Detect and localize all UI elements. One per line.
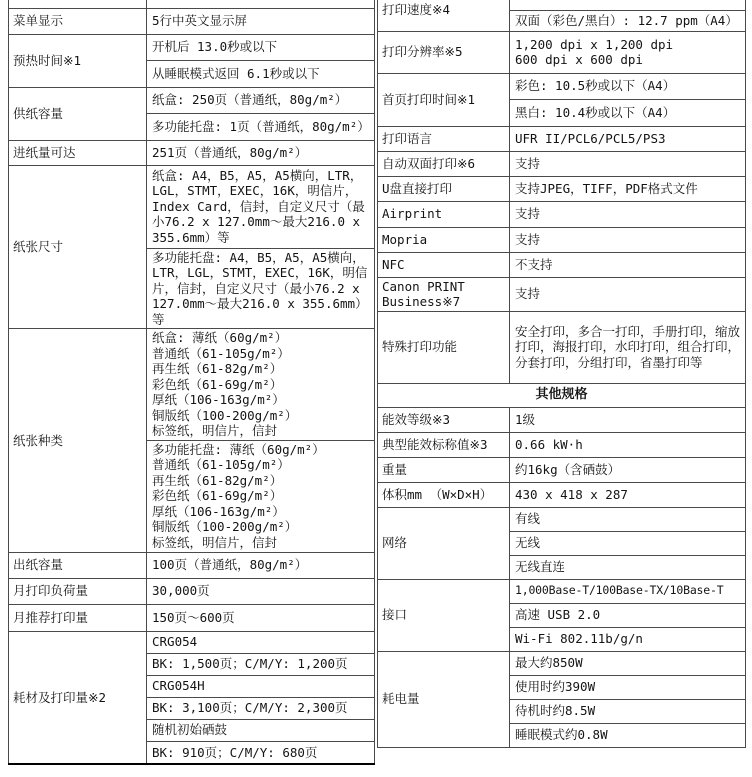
spec-row: 自动双面打印※6 支持 [378,151,746,176]
spec-value: 有线 [510,507,746,531]
spec-value: 使用时约390W [510,675,746,699]
spec-row: 纸张种类 纸盒: 薄纸（60g/m²） 普通纸（61-105g/m²） 再生纸（… [9,329,375,441]
label-auto-duplex: 自动双面打印※6 [378,151,510,176]
spec-value: BK: 3,100页；C/M/Y: 2,300页 [147,697,375,719]
spec-value: 最大约850W [510,651,746,675]
left-spec-table: 菜单显示 5行中英文显示屏 预热时间※1 开机后 13.0秒或以下 从睡眠模式返… [8,0,375,765]
spec-value [510,0,746,10]
spec-row: 耗电量 最大约850W [378,651,746,675]
spec-row: 能效等级※3 1级 [378,407,746,432]
spec-value: 纸盒: 250页（普通纸，80g/m²） [147,87,375,113]
spec-row: Mopria 支持 [378,227,746,252]
spec-value: 1,000Base-T/100Base-TX/10Base-T [510,579,746,603]
spec-value [147,0,375,8]
spec-row: 纸张尺寸 纸盒: A4，B5，A5，A5横向，LTR，LGL，STMT，EXEC… [9,165,375,248]
label-special-print-functions: 特殊打印功能 [378,311,510,383]
spec-value: 100页（普通纸，80g/m²） [147,552,375,578]
spec-value: 从睡眠模式返回 6.1秒或以下 [147,60,375,87]
spec-value: 开机后 13.0秒或以下 [147,34,375,60]
spec-row: 进纸量可达 251页（普通纸，80g/m²） [9,140,375,165]
label-output-capacity: 出纸容量 [9,552,147,578]
spec-row: 体积mm （W×D×H） 430 x 418 x 287 [378,482,746,507]
label-print-language: 打印语言 [378,126,510,151]
spec-value: 251页（普通纸，80g/m²） [147,140,375,165]
spec-value: UFR II/PCL6/PCL5/PS3 [510,126,746,151]
label-cutoff-row [9,0,147,8]
spec-value: 无线 [510,531,746,555]
label-print-speed: 打印速度※4 [378,0,510,31]
spec-row: Airprint 支持 [378,201,746,227]
spec-value: 支持 [510,151,746,176]
spec-value: 30,000页 [147,578,375,604]
spec-value: CRG054 [147,631,375,653]
spec-value: 1,200 dpi x 1,200 dpi 600 dpi x 600 dpi [510,31,746,73]
spec-row: 供纸容量 纸盒: 250页（普通纸，80g/m²） [9,87,375,113]
spec-row: 重量 约16kg（含硒鼓） [378,457,746,482]
label-network: 网络 [378,507,510,579]
spec-value: 睡眠模式约0.8W [510,723,746,747]
label-consumables: 耗材及打印量※2 [9,631,147,764]
spec-value: 随机初始硒鼓 [147,719,375,741]
spec-value: 约16kg（含硒鼓） [510,457,746,482]
spec-row: 耗材及打印量※2 CRG054 [9,631,375,653]
label-power-consumption: 耗电量 [378,651,510,747]
spec-row: NFC 不支持 [378,252,746,277]
spec-row: 接口 1,000Base-T/100Base-TX/10Base-T [378,579,746,603]
spec-value: CRG054H [147,675,375,697]
spec-row: 月打印负荷量 30,000页 [9,578,375,604]
spec-value: 支持 [510,227,746,252]
spec-value: 无线直连 [510,555,746,579]
spec-value: BK: 910页；C/M/Y: 680页 [147,741,375,764]
spec-row: 打印速度※4 [378,0,746,10]
label-canon-print-business: Canon PRINT Business※7 [378,277,510,311]
spec-value: 多功能托盘: 薄纸（60g/m²） 普通纸（61-105g/m²） 再生纸（61… [147,440,375,552]
spec-value: 430 x 418 x 287 [510,482,746,507]
right-spec-table: 打印速度※4 双面（彩色/黑白）: 12.7 ppm（A4） 打印分辨率※5 1… [377,0,746,748]
label-energy-rating: 能效等级※3 [378,407,510,432]
spec-value: BK: 1,500页；C/M/Y: 1,200页 [147,653,375,675]
spec-value: 不支持 [510,252,746,277]
spec-value: 5行中英文显示屏 [147,8,375,34]
label-monthly-recommended: 月推荐打印量 [9,604,147,631]
label-nfc: NFC [378,252,510,277]
label-print-resolution: 打印分辨率※5 [378,31,510,73]
spec-value: 支持 [510,277,746,311]
label-dimensions: 体积mm （W×D×H） [378,482,510,507]
spec-value: Wi-Fi 802.11b/g/n [510,627,746,651]
spec-row: 首页打印时间※1 彩色: 10.5秒或以下（A4） [378,73,746,99]
spec-value: 安全打印，多合一打印，手册打印，缩放打印，海报打印，水印打印，组合打印，分套打印… [510,311,746,383]
spec-row: U盘直接打印 支持JPEG，TIFF，PDF格式文件 [378,176,746,201]
spec-value: 双面（彩色/黑白）: 12.7 ppm（A4） [510,10,746,31]
spec-value: 0.66 kW·h [510,432,746,457]
spec-row [9,0,375,8]
spec-value: 150页～600页 [147,604,375,631]
spec-row: 特殊打印功能 安全打印，多合一打印，手册打印，缩放打印，海报打印，水印打印，组合… [378,311,746,383]
spec-row: 出纸容量 100页（普通纸，80g/m²） [9,552,375,578]
label-warmup-time: 预热时间※1 [9,34,147,87]
spec-row: 预热时间※1 开机后 13.0秒或以下 [9,34,375,60]
label-first-print-time: 首页打印时间※1 [378,73,510,126]
spec-row: 打印分辨率※5 1,200 dpi x 1,200 dpi 600 dpi x … [378,31,746,73]
spec-value: 纸盒: A4，B5，A5，A5横向，LTR，LGL，STMT，EXEC，16K，… [147,165,375,248]
spec-row: 月推荐打印量 150页～600页 [9,604,375,631]
spec-row: 菜单显示 5行中英文显示屏 [9,8,375,34]
spec-row: Canon PRINT Business※7 支持 [378,277,746,311]
spec-sheet-page: 菜单显示 5行中英文显示屏 预热时间※1 开机后 13.0秒或以下 从睡眠模式返… [0,0,752,777]
spec-value: 支持JPEG，TIFF，PDF格式文件 [510,176,746,201]
spec-value: 1级 [510,407,746,432]
label-typical-energy: 典型能效标称值※3 [378,432,510,457]
label-interface: 接口 [378,579,510,651]
label-paper-size: 纸张尺寸 [9,165,147,329]
label-menu-display: 菜单显示 [9,8,147,34]
label-mopria: Mopria [378,227,510,252]
spec-value: 黑白: 10.4秒或以下（A4） [510,99,746,126]
spec-value: 多功能托盘: 1页（普通纸，80g/m²） [147,113,375,140]
spec-row: 打印语言 UFR II/PCL6/PCL5/PS3 [378,126,746,151]
label-usb-direct-print: U盘直接打印 [378,176,510,201]
spec-value: 多功能托盘: A4，B5，A5，A5横向，LTR，LGL，STMT，EXEC，1… [147,248,375,329]
spec-value: 支持 [510,201,746,227]
label-max-input: 进纸量可达 [9,140,147,165]
label-paper-type: 纸张种类 [9,329,147,553]
spec-row: 典型能效标称值※3 0.66 kW·h [378,432,746,457]
label-airprint: Airprint [378,201,510,227]
spec-row: 其他规格 [378,383,746,407]
label-monthly-duty: 月打印负荷量 [9,578,147,604]
label-weight: 重量 [378,457,510,482]
label-paper-supply: 供纸容量 [9,87,147,140]
spec-value: 待机时约8.5W [510,699,746,723]
spec-value: 彩色: 10.5秒或以下（A4） [510,73,746,99]
spec-value: 高速 USB 2.0 [510,603,746,627]
spec-value: 纸盒: 薄纸（60g/m²） 普通纸（61-105g/m²） 再生纸（61-82… [147,329,375,441]
section-header-other-specs: 其他规格 [378,383,746,407]
spec-row: 网络 有线 [378,507,746,531]
